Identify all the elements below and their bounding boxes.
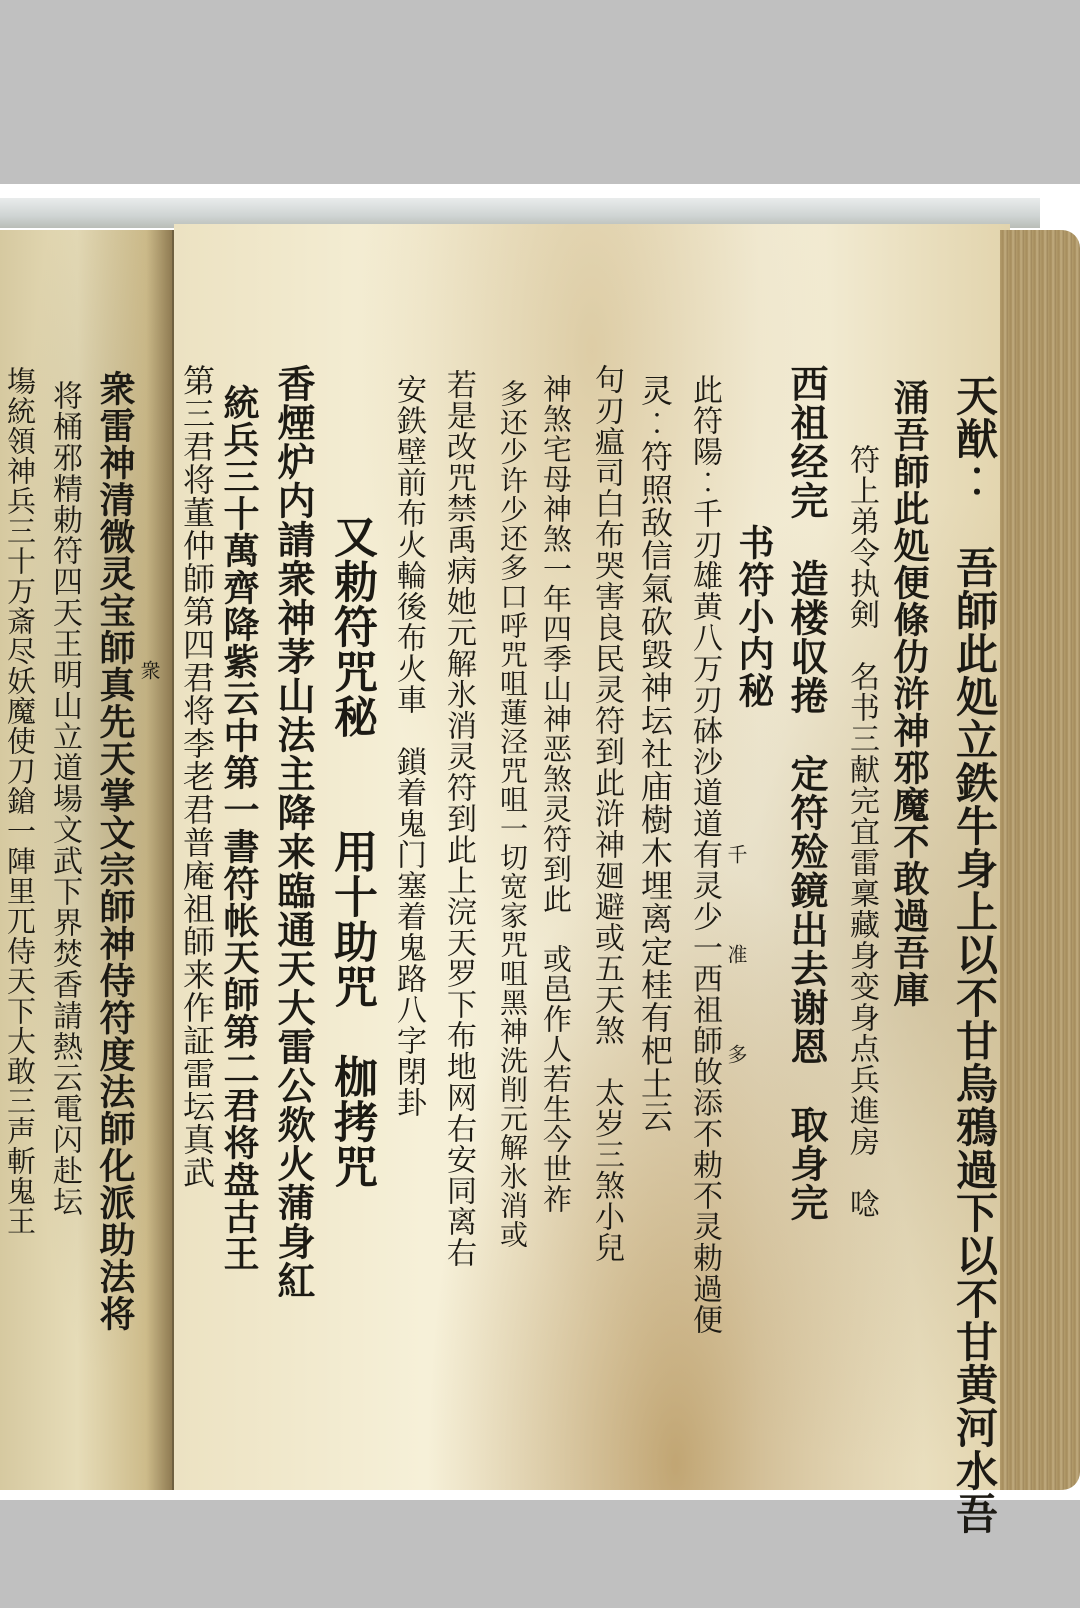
page-edges — [1000, 230, 1080, 1490]
column-11: 若是改咒禁禹病她元解氷消灵符到此上浣天罗下布地网右安同离右 — [436, 369, 480, 1268]
column-15: 統兵三十萬齊降紫云中第一書符帐天師第二君将盘古王 — [214, 384, 265, 1272]
column-4: 西祖经完 造楼収捲 定符殓鏡出去谢恩 取身完 — [779, 364, 834, 1222]
column-6-annotation: 千 准 多 — [722, 844, 751, 1094]
left-column-1-annotation: 衆 — [135, 660, 164, 681]
open-book: 衆雷神清微灵宝師真先天掌文宗師神侍符度法師化派助法将 衆 将桶邪精勅符四天王明山… — [0, 224, 1080, 1494]
left-column-3: 塲統領神兵三十万斎尽妖魔使刀鎗一陣里兀侍天下大敢三声斬鬼王 — [0, 366, 41, 1236]
column-16: 第三君将董仲師第四君将李老君普庵祖師来作証雷坛真武 — [174, 364, 220, 1189]
column-8: 句刃瘟司白布哭害良民灵符到此浒神廻避或五天煞 太岁三煞小兒 — [584, 364, 628, 1263]
column-10: 多还少许少还多口呼咒咀蓮泾咒咀一切宽家咒咀黑神洗削元解氷消或 — [492, 379, 532, 1249]
column-7: 灵︰符照敌信氣砍毀神坛社庙樹木埋离定桂有杷土云 — [632, 374, 678, 1133]
column-1: 天猷︰ 吾師此処立鉄牛身上以不甘烏鴉過下以不甘黄河水吾 — [944, 374, 1004, 1535]
right-page: 天猷︰ 吾師此処立鉄牛身上以不甘烏鴉過下以不甘黄河水吾 涌吾師此処便條仂浒神邪魔… — [174, 224, 1010, 1490]
column-12: 安鉄壁前布火輪後布火車 鎖着鬼门塞着鬼路八字閉卦 — [386, 374, 430, 1118]
column-6: 此符陽︰千刃雄黄八万刃砵沙道道有灵少一西祖師敀添不勅不灵勅過便 — [682, 374, 726, 1335]
left-column-2: 将桶邪精勅符四天王明山立道場文武下界焚香請熱云電闪赴坛 — [42, 380, 86, 1217]
column-13-headings: 又勅符咒秘 用十助咒 枷拷咒 — [319, 514, 383, 1189]
scan-frame: 衆雷神清微灵宝師真先天掌文宗師神侍符度法師化派助法将 衆 将桶邪精勅符四天王明山… — [0, 184, 1080, 1500]
column-9: 神煞宅母神煞一年四季山神恶煞灵符到此 或邑作人若生今世祚 — [536, 374, 577, 1214]
left-page: 衆雷神清微灵宝師真先天掌文宗師神侍符度法師化派助法将 衆 将桶邪精勅符四天王明山… — [0, 230, 174, 1490]
column-2: 涌吾師此処便條仂浒神邪魔不敢過吾庫 — [884, 379, 935, 1008]
column-5-heading: 书符小内秘 — [729, 524, 780, 709]
column-14: 香煙炉内請衆神茅山法主降来臨通天大雷公欻火蒲身紅 — [266, 364, 321, 1300]
left-column-1: 衆雷神清微灵宝師真先天掌文宗師神侍符度法師化派助法将 — [90, 370, 141, 1332]
column-3: 符上弟令执剣 名书三献完宜雷稟藏身变身点兵進房 唸 — [839, 444, 883, 1219]
